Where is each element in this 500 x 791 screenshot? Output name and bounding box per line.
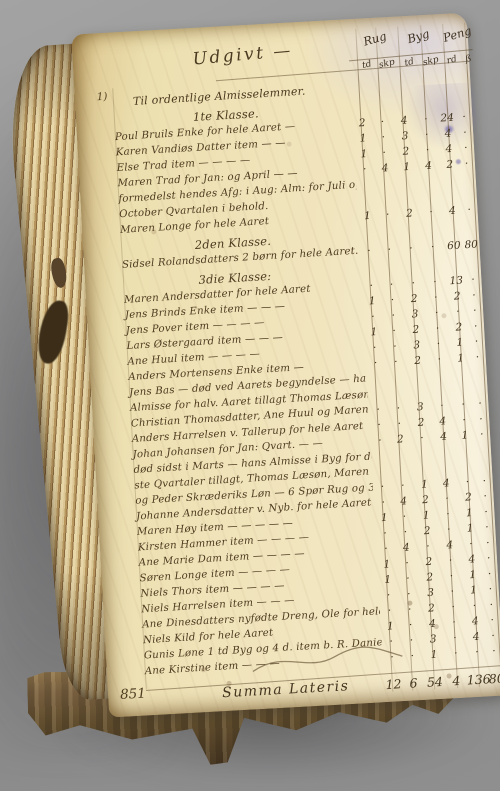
- amount-skilling: [473, 388, 486, 389]
- amount-rug-td: ·: [368, 403, 388, 416]
- amount-byg-td: 2: [418, 571, 441, 584]
- amount-byg-td: 2: [404, 323, 427, 336]
- amount-skilling: [461, 178, 474, 179]
- amount-byg-td: 2: [410, 416, 433, 429]
- unit-td-1: td: [356, 58, 377, 72]
- amount-rug-td: ·: [376, 543, 396, 556]
- amount-byg-td: 3: [394, 130, 417, 143]
- total-byg-td: 54: [424, 673, 447, 689]
- amount-skilling: [477, 465, 490, 466]
- amount-rd: 4: [464, 614, 486, 627]
- amount-byg-skp: ·: [441, 570, 463, 583]
- amount-rug-td: ·: [379, 604, 399, 617]
- amount-skilling: ·: [475, 428, 488, 441]
- amount-rug-skp: [380, 269, 401, 270]
- amount-rug-td: 1: [377, 558, 397, 571]
- unit-skilling: ß: [462, 53, 477, 66]
- amount-byg-skp: ·: [442, 601, 464, 614]
- amount-rug-skp: ·: [396, 556, 418, 569]
- amount-rug-td: [361, 270, 380, 271]
- amount-byg-skp: ·: [424, 275, 446, 288]
- amount-rug-td: ·: [369, 419, 389, 432]
- amount-skilling: ·: [480, 506, 493, 519]
- foxing-speckles: [71, 34, 74, 37]
- amount-rd: ·: [457, 476, 479, 489]
- amount-rug-skp: [371, 106, 392, 107]
- amount-rug-td: 2: [352, 116, 372, 129]
- amount-rd: 4: [461, 553, 483, 566]
- unit-skp-2: skp: [419, 54, 442, 69]
- amount-skilling: ·: [469, 320, 482, 333]
- amount-rd: [441, 195, 462, 196]
- amount-byg-skp: ·: [425, 291, 447, 304]
- amount-rug-skp: ·: [383, 325, 405, 338]
- amount-byg-td: [412, 453, 434, 454]
- amount-rug-td: [372, 471, 391, 472]
- amount-byg-td: 3: [404, 307, 427, 320]
- amount-rd: ·: [464, 600, 486, 613]
- amount-byg-td: [408, 391, 430, 392]
- amount-rug-skp: ·: [397, 572, 419, 585]
- amount-rug-skp: 2: [389, 433, 411, 446]
- amount-byg-skp: 4: [435, 477, 457, 490]
- amount-rd: 4: [438, 142, 460, 155]
- amount-rug-skp: ·: [373, 146, 395, 159]
- amount-rug-skp: ·: [388, 402, 410, 415]
- amount-rd: [456, 466, 477, 467]
- amount-rug-skp: ·: [400, 618, 422, 631]
- amount-rd: ·: [466, 645, 488, 658]
- amount-byg-skp: ·: [428, 353, 450, 366]
- amount-byg-td: 4: [421, 617, 444, 630]
- amount-rd: ·: [452, 398, 474, 411]
- amount-rd: 2: [457, 491, 479, 504]
- amount-byg-skp: [434, 452, 455, 453]
- amount-byg-td: 1: [413, 478, 436, 491]
- amount-byg-skp: 4: [418, 160, 440, 173]
- amount-rug-td: 1: [357, 209, 377, 222]
- amount-skilling: ·: [486, 630, 499, 643]
- amount-rug-skp: [390, 455, 411, 456]
- amount-skilling: ·: [468, 304, 481, 317]
- amount-byg-skp: ·: [436, 492, 458, 505]
- amount-byg-skp: [424, 266, 445, 267]
- amount-rug-td: 1: [380, 620, 400, 633]
- amount-byg-skp: ·: [440, 554, 462, 567]
- amount-rd: [451, 373, 472, 374]
- amount-byg-skp: [414, 104, 435, 105]
- amount-rug-td: [357, 200, 376, 201]
- amount-byg-td: 1: [395, 161, 418, 174]
- amount-rd: 4: [437, 127, 459, 140]
- amount-byg-td: [399, 233, 421, 234]
- amount-byg-td: 2: [403, 293, 426, 306]
- amount-rd: ·: [460, 538, 482, 551]
- amount-skilling: ·: [481, 537, 494, 550]
- amount-rd: 1: [449, 336, 471, 349]
- amount-rd: [455, 451, 476, 452]
- amount-rug-skp: ·: [388, 418, 410, 431]
- amount-skilling: [476, 450, 489, 451]
- amount-byg-td: 1: [423, 648, 446, 661]
- amount-skilling: ·: [474, 413, 487, 426]
- amount-skilling: ·: [458, 127, 471, 140]
- summa-label: Summa Lateris: [132, 676, 385, 706]
- unit-skp-1: skp: [376, 57, 399, 72]
- amount-byg-skp: ·: [427, 322, 449, 335]
- total-byg-skp: 4: [445, 672, 467, 688]
- amount-rd: 24: [436, 111, 458, 124]
- amount-rd: [436, 102, 457, 103]
- amount-skilling: [456, 81, 469, 82]
- amount-byg-skp: ·: [438, 523, 460, 536]
- amount-rd: 2: [446, 290, 468, 303]
- amount-byg-skp: ·: [445, 647, 467, 660]
- amount-rd: 1: [454, 429, 476, 442]
- amount-byg-skp: 4: [432, 415, 454, 428]
- amount-byg-td: 2: [394, 145, 417, 158]
- amount-rug-skp: ·: [399, 603, 421, 616]
- amount-rug-skp: [378, 234, 399, 235]
- amount-skilling: ·: [459, 141, 472, 154]
- amount-rd: 13: [445, 274, 467, 287]
- amount-rug-td: [368, 394, 387, 395]
- amount-byg-skp: ·: [417, 143, 439, 156]
- amount-rug-skp: ·: [377, 208, 399, 221]
- amount-byg-skp: ·: [415, 112, 437, 125]
- amount-skilling: [462, 195, 475, 196]
- amount-rug-td: ·: [370, 434, 390, 447]
- amount-rd: [435, 82, 456, 83]
- amount-rd: 2: [448, 321, 470, 334]
- amount-byg-td: 2: [414, 493, 437, 506]
- amount-rug-skp: 4: [374, 162, 396, 175]
- amount-skilling: ·: [470, 335, 483, 348]
- ledger-page: Udgivt — Rug Byg Peng td skp td skp rd ß…: [71, 13, 500, 718]
- amount-byg-td: 1: [415, 509, 438, 522]
- amount-byg-skp: [422, 231, 443, 232]
- amount-byg-skp: ·: [437, 508, 459, 521]
- amount-rug-td: ·: [379, 589, 399, 602]
- amount-rug-td: 1: [374, 512, 394, 525]
- amount-skilling: ·: [480, 521, 493, 534]
- amount-rug-td: ·: [359, 244, 379, 257]
- amount-rug-skp: 4: [393, 495, 415, 508]
- amount-skilling: ·: [478, 475, 491, 488]
- amount-skilling: ·: [487, 645, 500, 658]
- amount-byg-td: 3: [422, 633, 445, 646]
- amount-rug-td: ·: [373, 496, 393, 509]
- amount-rug-td: [359, 235, 378, 236]
- amount-skilling: ·: [486, 614, 499, 627]
- amount-byg-td: 2: [417, 555, 440, 568]
- amount-byg-skp: ·: [420, 205, 442, 218]
- amount-rd: [440, 179, 461, 180]
- amount-byg-td: [401, 268, 423, 269]
- amount-rug-td: ·: [366, 357, 386, 370]
- amount-skilling: [464, 230, 477, 231]
- amount-byg-skp: ·: [431, 399, 453, 412]
- amount-byg-skp: ·: [444, 632, 466, 645]
- amount-rug-skp: [375, 183, 396, 184]
- amount-byg-skp: [419, 180, 440, 181]
- amount-skilling: ·: [467, 289, 480, 302]
- amount-rug-td: 1: [364, 326, 384, 339]
- amount-skilling: ·: [479, 490, 492, 503]
- amount-byg-td: [397, 182, 419, 183]
- amount-rd: 1: [458, 507, 480, 520]
- amount-byg-td: [391, 85, 413, 86]
- amount-byg-td: [413, 468, 435, 469]
- amount-rug-td: [371, 456, 390, 457]
- amount-rug-skp: ·: [385, 356, 407, 369]
- amount-rug-skp: ·: [371, 115, 393, 128]
- amount-rd: [443, 230, 464, 231]
- amount-rug-td: 1: [354, 147, 374, 160]
- amount-byg-td: 4: [393, 114, 416, 127]
- amount-rug-skp: ·: [382, 309, 404, 322]
- amount-byg-skp: [430, 390, 451, 391]
- amount-byg-td: [407, 375, 429, 376]
- amount-rug-skp: ·: [372, 131, 394, 144]
- amount-byg-skp: [420, 197, 441, 198]
- amount-skilling: [466, 265, 479, 266]
- amount-rug-skp: ·: [394, 525, 416, 538]
- amount-rd: ·: [447, 305, 469, 318]
- amount-rd: 60: [443, 239, 465, 252]
- amount-skilling: ·: [485, 599, 498, 612]
- amount-rd: [445, 265, 466, 266]
- amount-skilling: ·: [471, 351, 484, 364]
- amount-byg-skp: [435, 467, 456, 468]
- amount-rug-td: [351, 87, 370, 88]
- total-skilling: 80: [488, 670, 500, 686]
- amount-rug-td: 1: [353, 132, 373, 145]
- amount-byg-skp: ·: [416, 129, 438, 142]
- amount-rug-td: ·: [355, 163, 375, 176]
- photo-background: Udgivt — Rug Byg Peng td skp td skp rd ß…: [0, 0, 500, 791]
- page-title: Udgivt —: [192, 41, 294, 70]
- amount-byg-td: ·: [417, 540, 440, 553]
- amount-byg-td: 2: [398, 207, 421, 220]
- ledger-lines: Til ordentlige Almisselemmer. 1te Klasse…: [99, 75, 500, 680]
- amount-rug-skp: ·: [394, 510, 416, 523]
- amount-byg-skp: 4: [439, 539, 461, 552]
- amount-rug-skp: [376, 199, 397, 200]
- amount-byg-skp: 4: [433, 430, 455, 443]
- amount-rd: 1: [462, 569, 484, 582]
- amount-skilling: ·: [484, 583, 497, 596]
- amount-rug-td: 1: [362, 295, 382, 308]
- amount-byg-td: [397, 198, 419, 199]
- amount-rug-td: [352, 107, 371, 108]
- amount-byg-skp: ·: [443, 616, 465, 629]
- amount-rd: 4: [441, 204, 463, 217]
- amount-byg-td: ·: [400, 242, 423, 255]
- amount-rug-skp: [387, 393, 408, 394]
- unit-td-2: td: [397, 55, 421, 70]
- column-group-byg: Byg: [395, 23, 442, 49]
- column-group-peng: Peng: [439, 23, 475, 46]
- amount-rug-td: [367, 378, 386, 379]
- amount-skilling: ·: [463, 203, 476, 216]
- amount-rd: 1: [459, 522, 481, 535]
- amount-rug-skp: ·: [378, 243, 400, 256]
- amount-byg-skp: ·: [426, 306, 448, 319]
- amount-rug-skp: ·: [382, 294, 404, 307]
- amount-byg-td: ·: [410, 431, 433, 444]
- amount-rug-skp: ·: [398, 587, 420, 600]
- amount-skilling: ·: [483, 568, 496, 581]
- amount-skilling: [457, 102, 470, 103]
- amount-skilling: ·: [467, 273, 480, 286]
- column-group-headers: Rug Byg Peng: [353, 26, 474, 47]
- amount-rd: 1: [450, 352, 472, 365]
- amount-rd: ·: [453, 414, 475, 427]
- amount-rug-td: 1: [378, 574, 398, 587]
- total-rug-td: 12: [384, 676, 404, 692]
- amount-byg-td: ·: [402, 276, 425, 289]
- total-rug-skp: 6: [403, 674, 425, 690]
- amount-skilling: ·: [473, 397, 486, 410]
- amount-rd: 1: [463, 583, 485, 596]
- amount-byg-td: 3: [419, 586, 442, 599]
- amount-skilling: ·: [482, 552, 495, 565]
- amount-byg-skp: ·: [441, 585, 463, 598]
- amount-rd: 4: [465, 631, 487, 644]
- amount-rug-td: ·: [375, 527, 395, 540]
- amount-byg-skp: [413, 84, 434, 85]
- amount-skilling: 80: [464, 238, 478, 251]
- amount-skilling: [472, 372, 485, 373]
- amount-byg-td: 3: [409, 400, 432, 413]
- amount-rug-skp: ·: [384, 340, 406, 353]
- amount-rug-skp: 4: [395, 541, 417, 554]
- total-rd: 136: [466, 671, 489, 687]
- amount-rug-skp: ·: [392, 479, 414, 492]
- amount-rug-skp: [391, 470, 412, 471]
- amount-rug-td: ·: [363, 310, 383, 323]
- amount-rug-skp: ·: [381, 278, 403, 291]
- ledger-table: Udgivt — Rug Byg Peng td skp td skp rd ß…: [95, 19, 500, 711]
- amount-byg-td: 2: [406, 354, 429, 367]
- amount-rug-td: ·: [365, 341, 385, 354]
- amount-rug-td: ·: [373, 481, 393, 494]
- amount-rug-td: [356, 184, 375, 185]
- amount-rd: 2: [439, 158, 461, 171]
- amount-byg-skp: [430, 374, 451, 375]
- amount-rug-td: ·: [361, 279, 381, 292]
- amount-byg-td: 2: [416, 524, 439, 537]
- amount-skilling: ·: [457, 110, 470, 123]
- amount-rug-skp: [386, 377, 407, 378]
- amount-byg-td: 2: [420, 602, 443, 615]
- amount-skilling: ·: [460, 158, 473, 171]
- amount-byg-skp: ·: [422, 240, 444, 253]
- amount-rug-skp: [370, 86, 391, 87]
- amount-byg-skp: ·: [428, 337, 450, 350]
- amount-byg-td: 3: [405, 338, 428, 351]
- column-unit-headers: td skp td skp rd ß: [357, 54, 475, 71]
- amount-byg-td: [392, 105, 414, 106]
- amount-rd: [452, 389, 473, 390]
